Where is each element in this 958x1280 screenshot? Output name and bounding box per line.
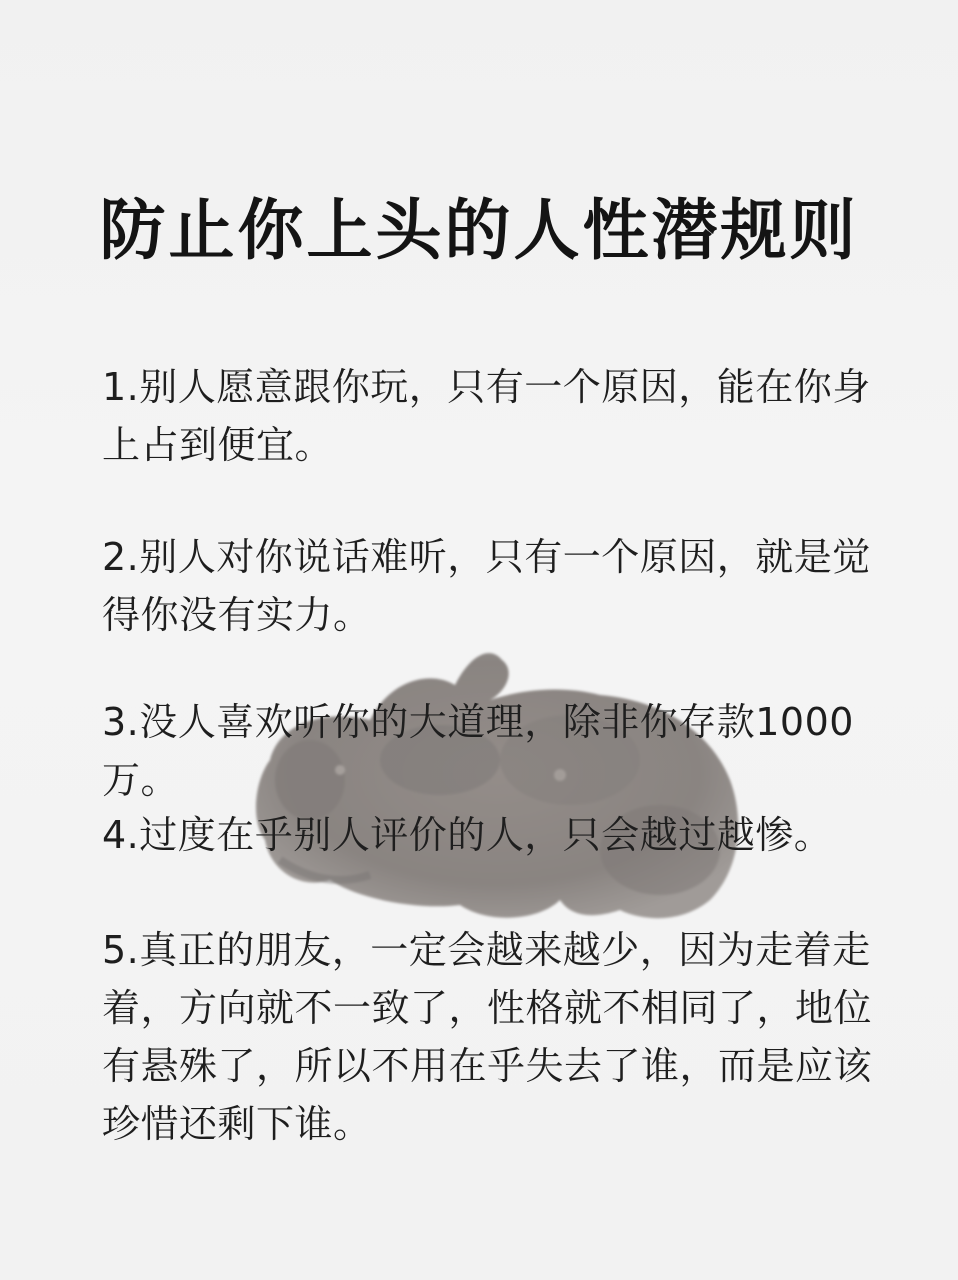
rule-item-5: 5.真正的朋友，一定会越来越少，因为走着走着，方向就不一致了，性格就不相同了，地… (102, 921, 872, 1153)
text-card: 防止你上头的人性潜规则 1.别人愿意跟你玩，只有一个原因，能在你身上占到便宜。 … (0, 0, 958, 1280)
rule-item-1: 1.别人愿意跟你玩，只有一个原因，能在你身上占到便宜。 (102, 358, 872, 474)
rule-item-4: 4.过度在乎别人评价的人，只会越过越惨。 (102, 806, 832, 864)
page-title: 防止你上头的人性潜规则 (0, 186, 958, 276)
rule-item-2: 2.别人对你说话难听，只有一个原因，就是觉得你没有实力。 (102, 528, 872, 644)
rule-item-3: 3.没人喜欢听你的大道理，除非你存款1000万。 (102, 693, 872, 809)
